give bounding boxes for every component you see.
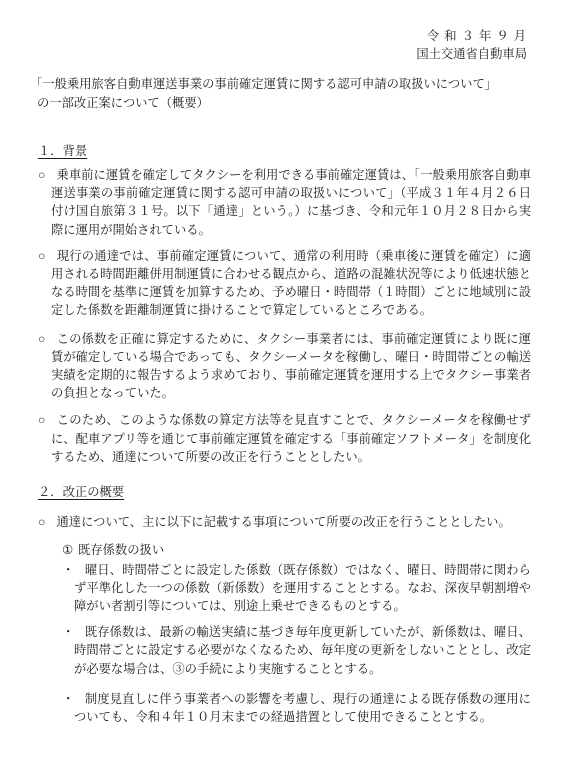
item-number: ① [62,543,73,557]
circle-bullet-marker: ○ [38,413,46,427]
bullet-text: この係数を正確に算定するために、タクシー事業者には、事前確定運賃により既に運賃が… [51,332,531,401]
issuing-organization: 国土交通省自動車局 [0,45,527,63]
document-title-line2: の一部改正案について（概要） [30,94,534,112]
sub-bullet-text: 既存係数は、最新の輸送実績に基づき毎年度更新していたが、新係数は、曜日、時間帯ご… [74,625,531,675]
background-bullet-2: ○現行の通達では、事前確定運賃について、通常の利用時（乗車後に運賃を確定）に適用… [38,247,531,320]
circle-bullet-marker: ○ [38,168,45,182]
document-header: 令 和 ３ 年 ９ 月 国土交通省自動車局 [0,0,564,63]
section-heading-revision: ２．改正の概要 [38,483,564,501]
bullet-text: 現行の通達では、事前確定運賃について、通常の利用時（乗車後に運賃を確定）に適用さ… [51,249,531,318]
document-page: 令 和 ３ 年 ９ 月 国土交通省自動車局 「一般乗用旅客自動車運送事業の事前確… [0,0,564,769]
revision-intro-bullet: ○通達について、主に以下に記載する事項について所要の改正を行うこととしたい。 [38,513,531,531]
dot-bullet-marker: ・ [62,563,74,577]
sub-bullet-text: 制度見直しに伴う事業者への影響を考慮し、現行の通達による既存係数の運用についても… [74,692,531,724]
background-bullet-3: ○この係数を正確に算定するために、タクシー事業者には、事前確定運賃により既に運賃… [38,330,531,403]
background-bullet-4: ○このため、このような係数の算定方法等を見直すことで、タクシーメータを稼働せずに… [38,411,531,466]
document-title: 「一般乗用旅客自動車運送事業の事前確定運賃に関する認可申請の取扱いについて」 の… [30,75,534,111]
revision-item-1-heading: ①既存係数の扱い [62,541,564,559]
revision-item-1-sub-bullet-1: ・曜日、時間帯ごとに設定した係数（既存係数）ではなく、曜日、時間帯に関わらず平準… [62,561,531,616]
document-title-line1: 「一般乗用旅客自動車運送事業の事前確定運賃に関する認可申請の取扱いについて」 [30,75,534,93]
section-heading-background: １．背景 [38,142,564,160]
bullet-text: このため、このような係数の算定方法等を見直すことで、タクシーメータを稼働せずに、… [51,413,531,463]
dot-bullet-marker: ・ [62,625,74,639]
revision-item-1-sub-bullet-3: ・制度見直しに伴う事業者への影響を考慮し、現行の通達による既存係数の運用について… [62,690,531,726]
bullet-text: 乗車前に運賃を確定してタクシーを利用できる事前確定運賃は、「一般乗用旅客自動車運… [51,168,531,237]
revision-item-1-sub-bullet-2: ・既存係数は、最新の輸送実績に基づき毎年度更新していたが、新係数は、曜日、時間帯… [62,623,531,678]
dot-bullet-marker: ・ [62,692,74,706]
sub-bullet-text: 曜日、時間帯ごとに設定した係数（既存係数）ではなく、曜日、時間帯に関わらず平準化… [74,563,531,613]
bullet-text: 通達について、主に以下に記載する事項について所要の改正を行うこととしたい。 [57,515,511,529]
document-date: 令 和 ３ 年 ９ 月 [0,27,527,45]
circle-bullet-marker: ○ [38,249,46,263]
background-bullet-1: ○乗車前に運賃を確定してタクシーを利用できる事前確定運賃は、「一般乗用旅客自動車… [38,166,531,239]
item-label: 既存係数の扱い [78,543,164,557]
circle-bullet-marker: ○ [38,515,45,529]
circle-bullet-marker: ○ [38,332,46,346]
